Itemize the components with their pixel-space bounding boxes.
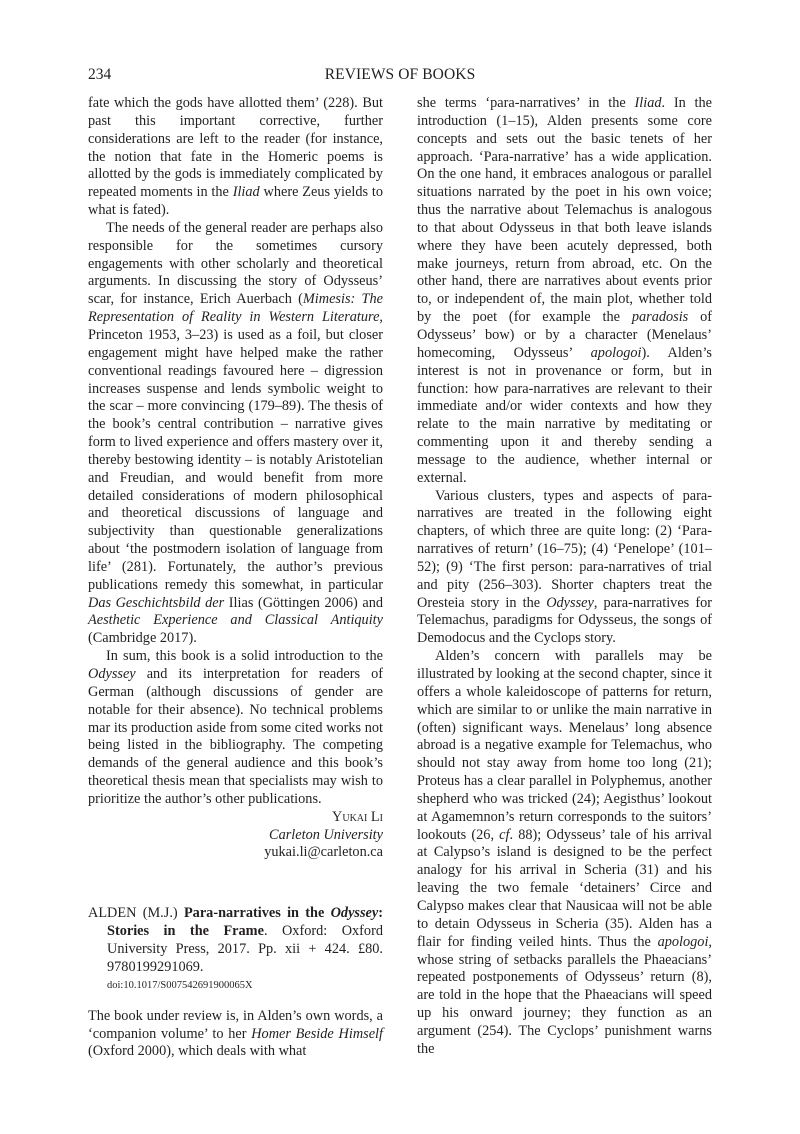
reviewer-affiliation: Carleton University	[88, 827, 383, 845]
italic-text: Iliad	[634, 95, 661, 111]
italic-text: Iliad	[233, 184, 260, 200]
italic-text: Aesthetic Experience and Classical Antiq…	[88, 612, 383, 628]
text: Ilias (Göttingen 2006) and	[224, 595, 383, 611]
title-part: Para-narratives in the	[184, 905, 331, 921]
paragraph: In sum, this book is a solid introductio…	[88, 648, 383, 809]
book-entry: ALDEN (M.J.) Para-narratives in the Odys…	[88, 905, 383, 976]
book-author: ALDEN (M.J.)	[88, 905, 184, 921]
italic-text: paradosis	[632, 309, 688, 325]
text: . 88); Odysseus’ tale of his arrival at …	[417, 827, 712, 950]
italic-text: Odyssey	[546, 595, 594, 611]
italic-text: apologoi	[591, 345, 642, 361]
running-head: 234 REVIEWS OF BOOKS	[88, 66, 712, 86]
reviewer-email[interactable]: yukai.li@carleton.ca	[88, 844, 383, 862]
paragraph: fate which the gods have allotted them’ …	[88, 95, 383, 220]
text: Various clusters, types and aspects of p…	[417, 488, 712, 611]
text: Alden’s concern with parallels may be il…	[417, 648, 712, 842]
right-column: she terms ‘para-narratives’ in the Iliad…	[417, 95, 712, 1059]
doi[interactable]: doi:10.1017/S007542691900065X	[88, 977, 383, 994]
paragraph: she terms ‘para-narratives’ in the Iliad…	[417, 95, 712, 488]
paragraph: The book under review is, in Alden’s own…	[88, 1008, 383, 1062]
text: In sum, this book is a solid introductio…	[106, 648, 383, 664]
paragraph: Various clusters, types and aspects of p…	[417, 488, 712, 649]
text: (Oxford 2000), which deals with what	[88, 1043, 306, 1059]
text: , whose string of setbacks parallels the…	[417, 934, 712, 1057]
affiliation-text: Carleton University	[269, 827, 383, 843]
running-title: REVIEWS OF BOOKS	[88, 66, 712, 84]
left-column: fate which the gods have allotted them’ …	[88, 95, 383, 1061]
text: and its interpretation for readers of Ge…	[88, 666, 383, 807]
title-italic-part: Odyssey	[331, 905, 379, 921]
italic-text: Homer Beside Himself	[251, 1026, 383, 1042]
reviewer-name: Yukai Li	[88, 809, 383, 827]
text: ). Alden’s interest is not in provenance…	[417, 345, 712, 486]
italic-text: Das Geschichtsbild der	[88, 595, 224, 611]
italic-text: cf	[499, 827, 509, 843]
paragraph: Alden’s concern with parallels may be il…	[417, 648, 712, 1058]
text: (Cambridge 2017).	[88, 630, 197, 646]
text: she terms ‘para-narratives’ in the	[417, 95, 634, 111]
italic-text: Odyssey	[88, 666, 136, 682]
italic-text: apologoi	[658, 934, 709, 950]
paragraph: The needs of the general reader are perh…	[88, 220, 383, 648]
text: , Princeton 1953, 3–23) is used as a foi…	[88, 309, 383, 593]
text: . In the introduction (1–15), Alden pres…	[417, 95, 712, 325]
